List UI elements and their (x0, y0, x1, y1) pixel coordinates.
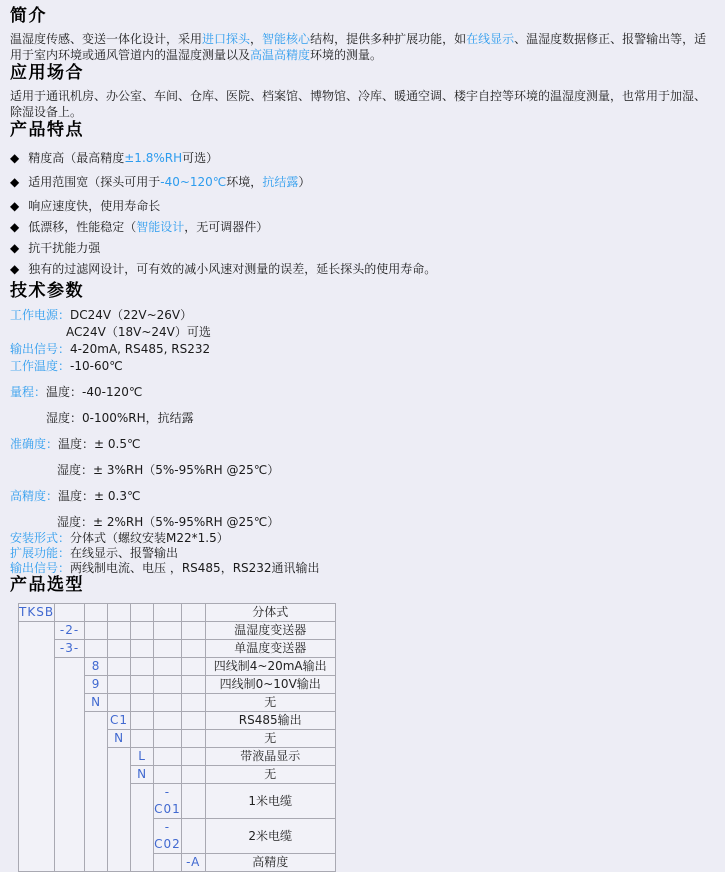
intro-paragraph: 温湿度传感、变送一体化设计，采用进口探头，智能核心结构，提供多种扩展功能，如在线… (10, 31, 716, 63)
empty-cell (181, 676, 205, 694)
empty-cell (108, 622, 131, 640)
spec-value: 分体式（螺纹安装M22*1.5） (70, 531, 229, 545)
empty-cell (131, 712, 154, 730)
empty-cell (154, 854, 182, 872)
table-row: 8 四线制4~20mA输出 (19, 658, 336, 676)
diamond-bullet-icon: ◆ (10, 199, 19, 213)
model-code-cell: 8 (85, 658, 108, 676)
spec-row: 量程：温度：-40-120℃ (10, 385, 715, 400)
empty-cell (181, 784, 205, 819)
feature-text: 独有的过滤网设计，可有效的减小风速对测量的误差，延长探头的使用寿命。 (28, 262, 436, 276)
spec-label: 工作电源： (10, 308, 70, 322)
merged-cell (108, 748, 131, 872)
spec-value: 温度：± 0.5℃ (58, 437, 140, 451)
empty-cell (154, 658, 182, 676)
keyword-link[interactable]: -40~120℃ (160, 175, 226, 189)
model-code-cell: -C01 (154, 784, 182, 819)
empty-cell (154, 640, 182, 658)
intro-text: 环境的测量。 (310, 48, 382, 62)
product-datasheet: 简介 温湿度传感、变送一体化设计，采用进口探头，智能核心结构，提供多种扩展功能，… (0, 0, 725, 872)
product-selection-table: TKSB 分体式 -2- 温湿度变送器 -3- 单温度变送器 8 四线制4~20… (18, 603, 336, 872)
feature-text: 抗干扰能力强 (28, 241, 100, 255)
spec-row: 安装形式：分体式（螺纹安装M22*1.5） (10, 531, 715, 545)
spec-label: 准确度： (10, 437, 58, 451)
model-desc-cell: 2米电缆 (205, 819, 335, 854)
intro-text: 结构，提供多种扩展功能，如 (310, 32, 466, 46)
diamond-bullet-icon: ◆ (10, 241, 19, 255)
diamond-bullet-icon: ◆ (10, 151, 19, 165)
empty-cell (131, 658, 154, 676)
application-paragraph: 适用于通讯机房、办公室、车间、仓库、医院、档案馆、博物馆、冷库、暖通空调、楼宇自… (10, 88, 716, 120)
spec-label: 工作温度： (10, 359, 70, 373)
spec-row: 输出信号：两线制电流、电压 ，RS485，RS232通讯输出 (10, 561, 715, 575)
empty-cell (181, 712, 205, 730)
table-row: -3- 单温度变送器 (19, 640, 336, 658)
empty-cell (85, 604, 108, 622)
spec-value: 湿度：0-100%RH，抗结露 (46, 411, 194, 425)
intro-text: 温湿度传感、变送一体化设计，采用 (10, 32, 202, 46)
empty-cell (154, 766, 182, 784)
model-code-cell: -A (181, 854, 205, 872)
empty-cell (85, 622, 108, 640)
empty-cell (181, 604, 205, 622)
spec-label: 高精度： (10, 489, 58, 503)
spec-value: 两线制电流、电压 ，RS485，RS232通讯输出 (70, 561, 320, 575)
diamond-bullet-icon: ◆ (10, 175, 19, 189)
empty-cell (181, 658, 205, 676)
spec-label: 输出信号： (10, 561, 70, 575)
keyword-link[interactable]: 智能设计 (136, 220, 184, 234)
model-code-cell: N (131, 766, 154, 784)
model-desc-cell: 1米电缆 (205, 784, 335, 819)
keyword-link[interactable]: 高温高精度 (250, 48, 310, 62)
empty-cell (181, 640, 205, 658)
keyword-link[interactable]: 进口探头 (202, 32, 250, 46)
empty-cell (154, 712, 182, 730)
feature-text: 低漂移，性能稳定（ (28, 220, 136, 234)
spec-value: AC24V（18V~24V）可选 (66, 325, 211, 339)
spec-row: 准确度：温度：± 0.5℃ (10, 437, 715, 452)
feature-item: ◆独有的过滤网设计，可有效的减小风速对测量的误差，延长探头的使用寿命。 (10, 260, 715, 278)
feature-item: ◆适用范围宽（探头可用于-40~120℃环境，抗结露） (10, 173, 715, 191)
spec-row: 湿度：± 2%RH（5%-95%RH @25℃） (10, 515, 715, 530)
spec-value: 4-20mA, RS485, RS232 (70, 342, 210, 356)
spec-label: 量程： (10, 385, 46, 399)
empty-cell (181, 748, 205, 766)
empty-cell (154, 676, 182, 694)
model-desc-cell: 无 (205, 694, 335, 712)
model-desc-cell: 分体式 (205, 604, 335, 622)
model-desc-cell: RS485输出 (205, 712, 335, 730)
feature-item: ◆抗干扰能力强 (10, 239, 715, 257)
spec-value: 温度：± 0.3℃ (58, 489, 140, 503)
empty-cell (131, 622, 154, 640)
empty-cell (108, 640, 131, 658)
section-title-selection: 产品选型 (10, 575, 715, 595)
model-code-cell: N (108, 730, 131, 748)
empty-cell (85, 640, 108, 658)
section-title-intro: 简介 (10, 6, 715, 26)
empty-cell (154, 604, 182, 622)
model-code-cell: TKSB (19, 604, 55, 622)
spec-value: 湿度：± 3%RH（5%-95%RH @25℃） (57, 463, 279, 477)
model-code-cell: -2- (55, 622, 85, 640)
spec-list: 工作电源：DC24V（22V~26V） AC24V（18V~24V）可选 输出信… (10, 308, 715, 575)
spec-row: 湿度：± 3%RH（5%-95%RH @25℃） (10, 463, 715, 478)
section-title-application: 应用场合 (10, 63, 715, 83)
feature-text: ，无可调器件） (184, 220, 268, 234)
empty-cell (181, 694, 205, 712)
spec-label: 输出信号： (10, 342, 70, 356)
spec-value: 湿度：± 2%RH（5%-95%RH @25℃） (57, 515, 279, 529)
merged-cell (131, 784, 154, 872)
keyword-link[interactable]: ±1.8%RH (124, 151, 182, 165)
keyword-link[interactable]: 在线显示 (466, 32, 514, 46)
model-code-cell: L (131, 748, 154, 766)
empty-cell (108, 658, 131, 676)
empty-cell (154, 730, 182, 748)
spec-row: AC24V（18V~24V）可选 (10, 325, 715, 340)
model-code-cell: 9 (85, 676, 108, 694)
merged-cell (55, 658, 85, 872)
model-desc-cell: 无 (205, 730, 335, 748)
model-code-cell: C1 (108, 712, 131, 730)
empty-cell (181, 622, 205, 640)
empty-cell (55, 604, 85, 622)
model-desc-cell: 带液晶显示 (205, 748, 335, 766)
empty-cell (154, 622, 182, 640)
feature-text: 可选） (182, 151, 218, 165)
model-desc-cell: 四线制0~10V输出 (205, 676, 335, 694)
diamond-bullet-icon: ◆ (10, 262, 19, 276)
model-desc-cell: 四线制4~20mA输出 (205, 658, 335, 676)
empty-cell (154, 694, 182, 712)
feature-text: 环境， (226, 175, 262, 189)
empty-cell (131, 730, 154, 748)
feature-item: ◆精度高（最高精度±1.8%RH可选） (10, 149, 715, 167)
keyword-link[interactable]: 智能核心 (262, 32, 310, 46)
empty-cell (131, 694, 154, 712)
empty-cell (108, 604, 131, 622)
empty-cell (181, 819, 205, 854)
spec-row: 工作电源：DC24V（22V~26V） (10, 308, 715, 323)
empty-cell (131, 604, 154, 622)
model-code-cell: -3- (55, 640, 85, 658)
spec-row: 输出信号：4-20mA, RS485, RS232 (10, 342, 715, 357)
diamond-bullet-icon: ◆ (10, 220, 19, 234)
model-desc-cell: 温湿度变送器 (205, 622, 335, 640)
spec-row: 扩展功能：在线显示、报警输出 (10, 546, 715, 560)
feature-text: 响应速度快，使用寿命长 (28, 199, 160, 213)
empty-cell (131, 640, 154, 658)
spec-row: 湿度：0-100%RH，抗结露 (10, 411, 715, 426)
model-desc-cell: 高精度 (205, 854, 335, 872)
model-code-cell: -C02 (154, 819, 182, 854)
keyword-link[interactable]: 抗结露 (262, 175, 298, 189)
empty-cell (108, 676, 131, 694)
empty-cell (108, 694, 131, 712)
feature-item: ◆低漂移，性能稳定（智能设计，无可调器件） (10, 218, 715, 236)
spec-row: 高精度：温度：± 0.3℃ (10, 489, 715, 504)
spec-value: -10-60℃ (70, 359, 123, 373)
merged-cell (19, 622, 55, 872)
spec-value: 温度：-40-120℃ (46, 385, 142, 399)
feature-list: ◆精度高（最高精度±1.8%RH可选） ◆适用范围宽（探头可用于-40~120℃… (10, 149, 715, 278)
empty-cell (131, 676, 154, 694)
spec-label: 扩展功能： (10, 546, 70, 560)
intro-text: ， (250, 32, 262, 46)
table-row: TKSB 分体式 (19, 604, 336, 622)
empty-cell (154, 748, 182, 766)
section-title-features: 产品特点 (10, 120, 715, 140)
spec-value: 在线显示、报警输出 (70, 546, 178, 560)
empty-cell (181, 766, 205, 784)
empty-cell (181, 730, 205, 748)
section-title-specs: 技术参数 (10, 281, 715, 301)
model-code-cell: N (85, 694, 108, 712)
model-desc-cell: 单温度变送器 (205, 640, 335, 658)
spec-row: 工作温度：-10-60℃ (10, 359, 715, 374)
feature-text: 精度高（最高精度 (28, 151, 124, 165)
feature-text: ） (298, 175, 310, 189)
merged-cell (85, 712, 108, 872)
table-row: -2- 温湿度变送器 (19, 622, 336, 640)
model-desc-cell: 无 (205, 766, 335, 784)
feature-item: ◆响应速度快，使用寿命长 (10, 197, 715, 215)
spec-label: 安装形式： (10, 531, 70, 545)
feature-text: 适用范围宽（探头可用于 (28, 175, 160, 189)
spec-value: DC24V（22V~26V） (70, 308, 192, 322)
